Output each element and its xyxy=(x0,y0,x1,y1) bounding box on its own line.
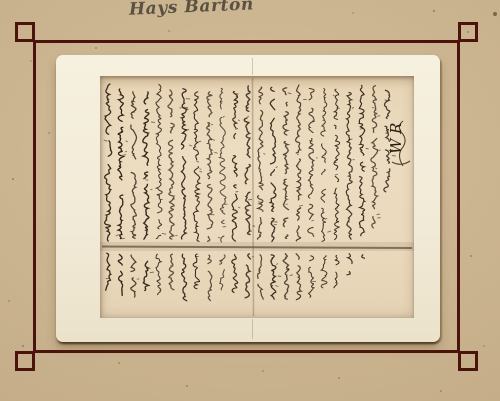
handwriting-line xyxy=(118,89,124,295)
handwriting-flick xyxy=(160,199,166,234)
handwriting-line xyxy=(334,89,340,288)
handwriting-line xyxy=(131,92,137,297)
handwriting-line xyxy=(168,90,174,298)
handwriting-line xyxy=(359,85,365,258)
handwriting-line xyxy=(207,92,213,301)
album-page: { "album_page": { "caption": "Hays Barto… xyxy=(0,0,500,401)
handwriting-line xyxy=(371,86,378,228)
signature-monogram: W R xyxy=(387,123,405,154)
dirt-specks xyxy=(0,0,2,2)
handwriting-line xyxy=(181,89,187,301)
page-caption: Hays Barton xyxy=(129,0,255,20)
handwriting-line xyxy=(283,88,289,299)
fold-line-vertical-extension-top xyxy=(252,58,253,75)
handwriting-line xyxy=(220,88,226,296)
fold-line-vertical xyxy=(253,78,254,316)
handwriting-line xyxy=(308,88,314,297)
handwriting-flick xyxy=(325,218,331,232)
handwriting-flick xyxy=(169,95,178,266)
handwriting-line xyxy=(321,89,327,296)
handwriting-line xyxy=(193,92,200,289)
photograph: W R xyxy=(56,55,440,342)
handwriting-line xyxy=(105,84,112,290)
handwriting-line xyxy=(156,85,162,295)
signature-group: W R xyxy=(387,121,410,166)
handwriting-line xyxy=(257,87,263,299)
frame-corner-square-top-right xyxy=(458,22,478,42)
handwriting-flick xyxy=(235,94,240,224)
frame-corner-square-bottom-right xyxy=(458,351,478,371)
handwriting-line xyxy=(296,85,301,300)
handwriting-flick xyxy=(210,124,217,215)
manuscript: W R xyxy=(100,76,414,318)
handwriting-line xyxy=(270,87,276,299)
frame-corner-square-bottom-left xyxy=(15,351,35,371)
frame-corner-square-top-left xyxy=(15,22,35,42)
fold-line-vertical-extension-bottom xyxy=(252,319,253,339)
handwriting-svg: W R xyxy=(100,76,414,318)
handwriting-line xyxy=(143,92,149,291)
